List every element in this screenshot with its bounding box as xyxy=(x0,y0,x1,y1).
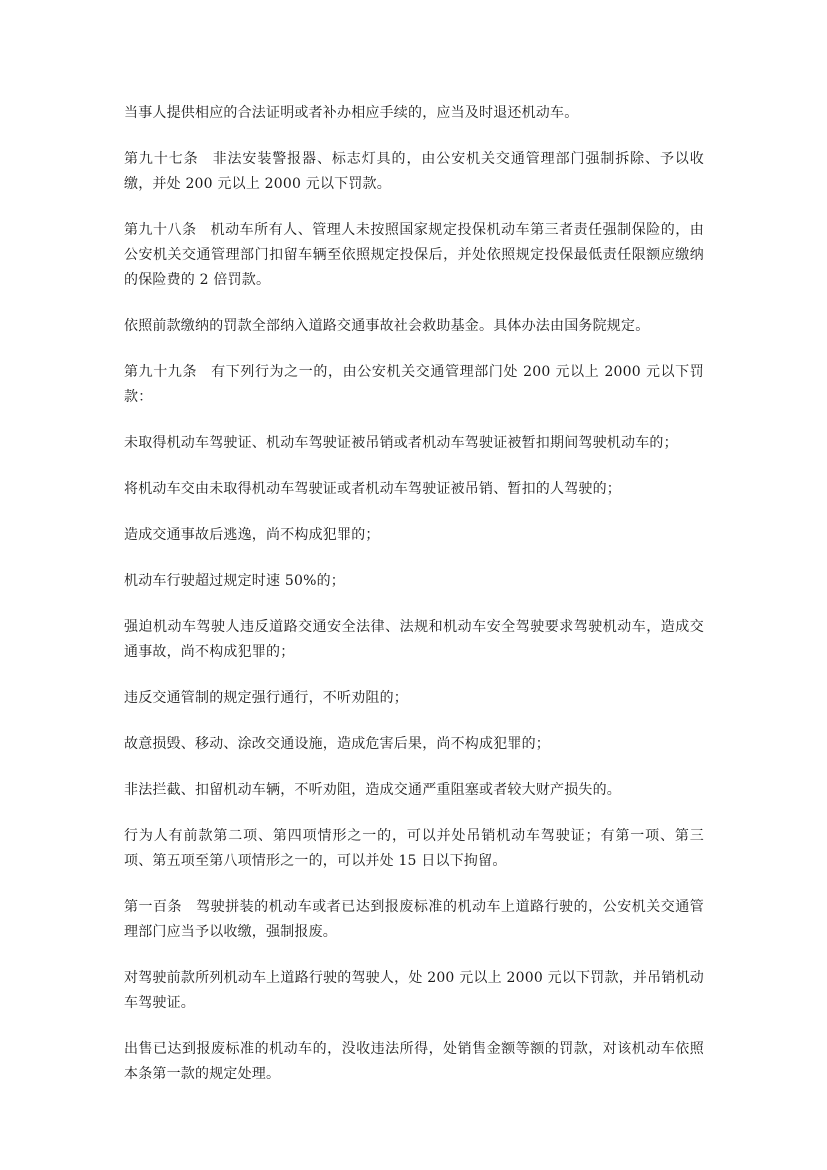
paragraph-article-99: 第九十九条有下列行为之一的，由公安机关交通管理部门处 200 元以上 2000 … xyxy=(124,360,704,410)
paragraph-item-6: 违反交通管制的规定强行通行，不听劝阻的； xyxy=(124,686,704,711)
article-number: 第九十七条 xyxy=(124,151,199,167)
paragraph-text: 出售已达到报废标准的机动车的，没收违法所得，处销售金额等额的罚款，对该机动车依照… xyxy=(124,1041,704,1082)
article-number: 第九十八条 xyxy=(124,222,197,238)
paragraph-text: 依照前款缴纳的罚款全部纳入道路交通事故社会救助基金。具体办法由国务院规定。 xyxy=(124,318,649,334)
paragraph-text: 机动车所有人、管理人未按照国家规定投保机动车第三者责任强制保险的，由公安机关交通… xyxy=(124,222,704,288)
paragraph-item-5: 强迫机动车驾驶人违反道路交通安全法律、法规和机动车安全驾驶要求驾驶机动车，造成交… xyxy=(124,615,704,665)
paragraph-text: 故意损毁、移动、涂改交通设施，造成危害后果，尚不构成犯罪的； xyxy=(124,736,550,752)
paragraph-text: 对驾驶前款所列机动车上道路行驶的驾驶人，处 200 元以上 2000 元以下罚款… xyxy=(124,970,704,1011)
paragraph-text: 行为人有前款第二项、第四项情形之一的，可以并处吊销机动车驾驶证；有第一项、第三项… xyxy=(124,828,704,869)
paragraph-item-7: 故意损毁、移动、涂改交通设施，造成危害后果，尚不构成犯罪的； xyxy=(124,732,704,757)
paragraph-text: 驾驶拼装的机动车或者已达到报废标准的机动车上道路行驶的，公安机关交通管理部门应当… xyxy=(124,899,704,940)
paragraph-text: 有下列行为之一的，由公安机关交通管理部门处 200 元以上 2000 元以下罚款… xyxy=(124,364,704,405)
paragraph-item-1: 未取得机动车驾驶证、机动车驾驶证被吊销或者机动车驾驶证被暂扣期间驾驶机动车的； xyxy=(124,431,704,456)
paragraph-article-100: 第一百条驾驶拼装的机动车或者已达到报废标准的机动车上道路行驶的，公安机关交通管理… xyxy=(124,895,704,945)
paragraph-article-97: 第九十七条非法安装警报器、标志灯具的，由公安机关交通管理部门强制拆除、予以收缴，… xyxy=(124,147,704,197)
paragraph-text: 机动车行驶超过规定时速 50%的； xyxy=(124,573,345,589)
paragraph-0: 当事人提供相应的合法证明或者补办相应手续的，应当及时退还机动车。 xyxy=(124,101,704,126)
paragraph-item-8: 非法拦截、扣留机动车辆，不听劝阻，造成交通严重阻塞或者较大财产损失的。 xyxy=(124,778,704,803)
paragraph-15: 对驾驶前款所列机动车上道路行驶的驾驶人，处 200 元以上 2000 元以下罚款… xyxy=(124,966,704,1016)
document-page: 当事人提供相应的合法证明或者补办相应手续的，应当及时退还机动车。 第九十七条非法… xyxy=(124,101,704,1108)
paragraph-item-2: 将机动车交由未取得机动车驾驶证或者机动车驾驶证被吊销、暂扣的人驾驶的； xyxy=(124,477,704,502)
paragraph-text: 未取得机动车驾驶证、机动车驾驶证被吊销或者机动车驾驶证被暂扣期间驾驶机动车的； xyxy=(124,435,678,451)
paragraph-text: 造成交通事故后逃逸，尚不构成犯罪的； xyxy=(124,527,380,543)
paragraph-16: 出售已达到报废标准的机动车的，没收违法所得，处销售金额等额的罚款，对该机动车依照… xyxy=(124,1037,704,1087)
paragraph-article-98: 第九十八条机动车所有人、管理人未按照国家规定投保机动车第三者责任强制保险的，由公… xyxy=(124,218,704,293)
paragraph-text: 强迫机动车驾驶人违反道路交通安全法律、法规和机动车安全驾驶要求驾驶机动车，造成交… xyxy=(124,619,704,660)
paragraph-item-3: 造成交通事故后逃逸，尚不构成犯罪的； xyxy=(124,523,704,548)
paragraph-item-4: 机动车行驶超过规定时速 50%的； xyxy=(124,569,704,594)
article-number: 第九十九条 xyxy=(124,364,197,380)
article-number: 第一百条 xyxy=(124,899,182,915)
paragraph-text: 将机动车交由未取得机动车驾驶证或者机动车驾驶证被吊销、暂扣的人驾驶的； xyxy=(124,481,621,497)
paragraph-text: 当事人提供相应的合法证明或者补办相应手续的，应当及时退还机动车。 xyxy=(124,105,578,121)
paragraph-3: 依照前款缴纳的罚款全部纳入道路交通事故社会救助基金。具体办法由国务院规定。 xyxy=(124,314,704,339)
paragraph-text: 非法安装警报器、标志灯具的，由公安机关交通管理部门强制拆除、予以收缴，并处 20… xyxy=(124,151,704,192)
paragraph-text: 非法拦截、扣留机动车辆，不听劝阻，造成交通严重阻塞或者较大财产损失的。 xyxy=(124,782,621,798)
paragraph-text: 违反交通管制的规定强行通行，不听劝阻的； xyxy=(124,690,408,706)
paragraph-13: 行为人有前款第二项、第四项情形之一的，可以并处吊销机动车驾驶证；有第一项、第三项… xyxy=(124,824,704,874)
